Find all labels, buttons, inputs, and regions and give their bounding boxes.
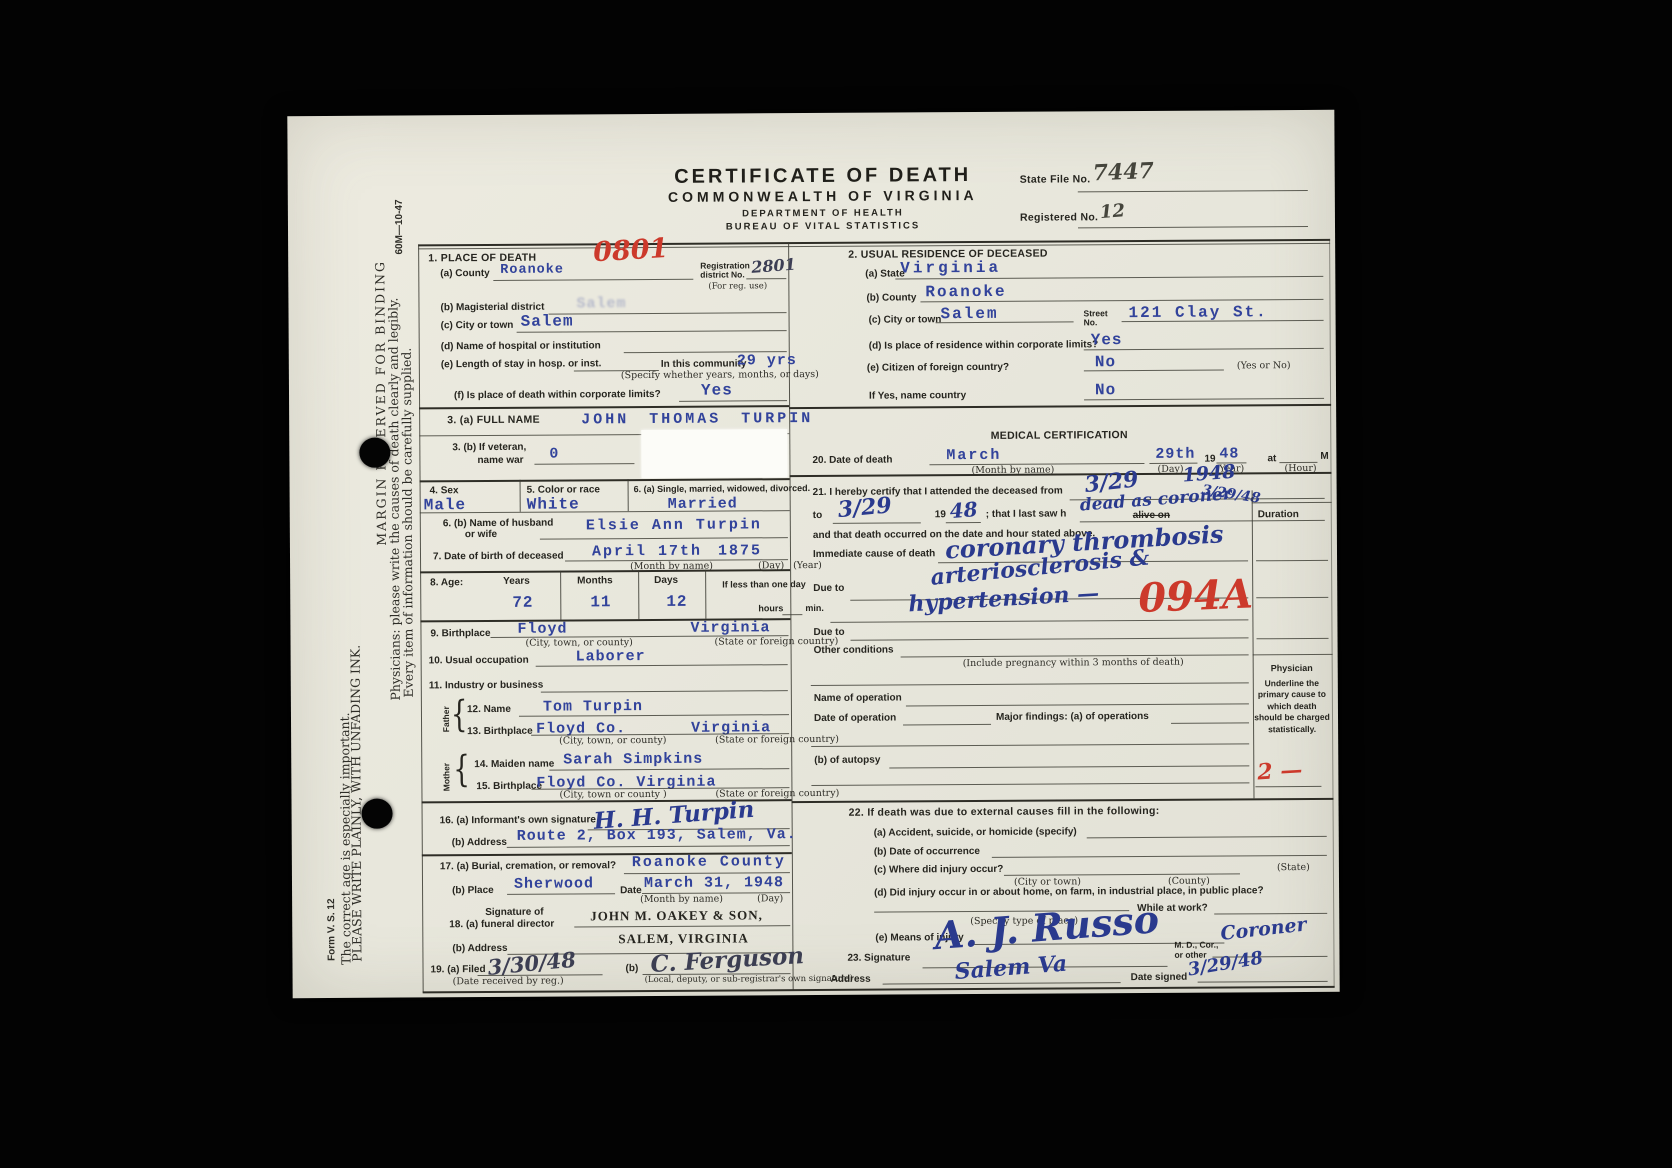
operation-date-label: Date of operation [814,712,896,724]
birthplace-note-city: (City, town, or county) [526,637,633,649]
death-certificate-paper: 60M—10-47 Every item of information shou… [287,110,1339,998]
street-value: 121 Clay St. [1128,303,1267,322]
specify-note: (Specify whether years, months, or days) [621,369,819,381]
burial-date-value: March 31, 1948 [644,874,784,892]
citizen-label: (e) Citizen of foreign country? [867,362,1009,374]
veteran-label-1: 3. (b) If veteran, [452,442,526,453]
burial-note-day: (Day) [757,893,783,904]
residence-corporate-label: (d) Is place of residence within corpora… [869,339,1099,351]
hole-punch-top [359,438,390,468]
residence-city-label: (c) City or town [869,314,942,325]
external-causes-title: 22. If death was due to external causes … [849,805,1160,819]
age-hours-label: hours [758,603,783,613]
funeral-director-label-1: Signature of [485,907,543,918]
physician-address-label: Address [831,974,871,985]
marital-label: 6. (a) Single, married, widowed, divorce… [634,483,811,494]
informant-label: 16. (a) Informant's own signature [440,814,596,826]
alive-on-label: alive on [1133,510,1170,521]
burial-note-month: (Month by name) [640,894,723,906]
veteran-label-2: name war [477,455,523,466]
physician-signature-label: 23. Signature [847,952,910,963]
filed-label: 19. (a) Filed [430,964,485,975]
father-name-value: Tom Turpin [543,698,643,716]
other-conditions-label: Other conditions [814,645,894,656]
registrar-note: (Local, deputy, or sub-registrar's own s… [645,974,854,985]
magisterial-label: (b) Magisterial district [440,302,544,314]
residence-county-value: Roanoke [925,283,1006,301]
citizen-value: No [1095,353,1116,371]
street-label-2: No. [1084,317,1098,327]
last-saw-label: ; that I last saw h [986,508,1067,519]
burial-label: 17. (a) Burial, cremation, or removal? [440,860,616,872]
name-country-value: No [1095,381,1116,399]
due-to-1-label: Due to [813,583,844,594]
birthplace-city: Floyd [517,621,567,638]
informant-address-value: Route 2, Box 193, Salem, Va. [517,826,797,845]
redaction-box [641,429,787,478]
regdist-label-2: district No. [700,269,744,279]
stay-label: (e) Length of stay in hosp. or inst. [441,358,602,370]
color-race-label: 5. Color or race [527,484,600,495]
printing-code: 60M—10-47 [394,199,405,254]
md-label-1: M. D., Cor., [1174,940,1218,950]
occupation-label: 10. Usual occupation [429,655,529,667]
county-label: (a) County [440,268,490,279]
community-label: In this community [661,358,747,370]
age-years-label: Years [503,576,530,587]
residence-corporate-value: Yes [1091,331,1123,349]
burial-date-label: Date [620,885,642,896]
occupation-value: Laborer [576,648,646,665]
funeral-director-stamp: JOHN M. OAKEY & SON, [590,907,763,924]
margin-binding-label: MARGIN RESERVED FOR BINDING [372,260,389,546]
birthplace-label: 9. Birthplace [430,628,490,639]
dob-label: 7. Date of birth of deceased [433,551,564,563]
father-group-label: Father [441,706,451,732]
bureau-line: BUREAU OF VITAL STATISTICS [648,220,998,233]
certificate-title: CERTIFICATE OF DEATH [648,164,998,189]
magisterial-faint-stamp: Salem [576,295,626,312]
form-code: Form V. S. 12 [326,898,337,961]
burial-place-label: (b) Place [452,885,494,896]
spouse-label-2: or wife [465,529,497,540]
informant-address-label: (b) Address [452,837,507,848]
due-to-2-label: Due to [813,627,844,638]
mother-name-value: Sarah Simpkins [563,751,703,769]
dob-month-day: April 17th [592,543,702,561]
commonwealth-subtitle: COMMONWEALTH OF VIRGINIA [648,187,998,205]
date-of-death-label: 20. Date of death [812,455,892,466]
physician-label: Physician [1253,663,1331,673]
occurrence-date-label: (b) Date of occurrence [874,846,980,858]
death-m-label: M [1320,451,1328,462]
city-label: (c) City or town [441,320,514,331]
mother-birthplace-label: 15. Birthplace [476,781,542,792]
burial-place-value: Sherwood [514,875,594,892]
icd-code-red: 094A [1137,570,1253,622]
filed-note: (Date received by reg.) [453,976,564,988]
mother-name-label: 14. Maiden name [474,759,554,770]
age-label: 8. Age: [430,577,463,588]
father-name-label: 12. Name [467,704,511,715]
pregnancy-note: (Include pregnancy within 3 months of de… [963,657,1184,669]
corporate-limits-value: Yes [701,381,733,399]
yes-no-note: (Yes or No) [1237,360,1291,371]
physician-signature: A. J. Russo [933,896,1161,958]
full-name-label: 3. (a) FULL NAME [447,414,540,427]
attended-to-year: 48 [949,497,979,523]
reg-use-note: (For reg. use) [708,281,767,291]
registered-number: 12 [1099,200,1126,223]
death-at-label: at [1267,453,1276,464]
regdist-value: 2801 [751,255,797,277]
state-file-label: State File No. [1020,173,1091,185]
funeral-address-stamp: SALEM, VIRGINIA [618,930,748,947]
county-value: Roanoke [500,263,564,278]
residence-county-label: (b) County [866,292,916,303]
operation-label: Name of operation [814,692,902,704]
date-of-death-day: 29th [1155,446,1195,463]
father-birthplace-label: 13. Birthplace [467,726,533,737]
corporate-limits-label: (f) Is place of death within corporate l… [454,389,661,401]
to-label: to [813,510,823,521]
age-years-value: 72 [512,594,533,612]
autopsy-label: (b) of autopsy [814,755,880,766]
filed-b-label: (b) [625,963,638,974]
accident-label: (a) Accident, suicide, or homicide (spec… [874,826,1077,838]
department-line: DEPARTMENT OF HEALTH [648,207,998,220]
spouse-value: Elsie Ann Turpin [586,516,762,534]
age-less-note: If less than one day [722,579,806,590]
state-file-number: 7447 [1092,158,1154,186]
residence-city-value: Salem [940,305,998,323]
injury-place-label: (d) Did injury occur in or about home, o… [874,885,1264,898]
father-note-city: (City, town, or county) [559,735,666,747]
dob-note-year: (Year) [793,560,822,571]
medical-certification-title: MEDICAL CERTIFICATION [889,428,1229,442]
stat-mark-red: 2 — [1257,757,1303,786]
age-months-value: 11 [590,593,611,611]
date-of-death-month: March [946,447,1001,464]
duration-label: Duration [1258,509,1299,520]
age-days-value: 12 [666,593,687,611]
age-months-label: Months [577,575,613,586]
funeral-director-label-2: 18. (a) funeral director [449,919,554,931]
red-code-stamp: 0801 [592,233,669,268]
injury-where-label: (c) Where did injury occur? [874,864,1004,876]
scanned-document-scene: 60M—10-47 Every item of information shou… [0,0,1672,1168]
community-value: 29 yrs [737,352,797,369]
full-name-value: JOHN THOMAS TURPIN [581,410,813,428]
registered-label: Registered No. [1020,211,1098,223]
injury-note-state: (State) [1277,862,1310,873]
birthplace-state: Virginia [690,619,770,636]
immediate-cause-label: Immediate cause of death [813,548,935,560]
age-days-label: Days [654,575,678,586]
physician-note: Underline the primary cause to which dea… [1254,678,1330,736]
name-country-label: If Yes, name country [869,390,966,402]
burial-value: Roanoke County [632,853,786,871]
city-value: Salem [521,312,574,330]
mother-group-label: Mother [441,763,451,791]
to-19-label: 19 [935,509,946,520]
father-brace: { [451,694,468,736]
dob-year: 1875 [718,542,762,559]
industry-label: 11. Industry or business [429,680,544,692]
mother-note-city: (City, town or county ) [559,789,666,801]
md-designation-hw: Coroner [1219,914,1307,945]
sex-label: 4. Sex [430,485,459,496]
residence-state-value: Virginia [900,259,1001,278]
hole-punch-bottom [361,799,392,829]
margin-note-age: The correct age is especially important. [337,712,354,965]
major-findings-label: Major findings: (a) of operations [996,711,1149,723]
mother-brace: { [453,749,470,791]
veteran-value: 0 [549,446,559,463]
physician-address-value: Salem Va [954,951,1068,985]
hospital-label: (d) Name of hospital or institution [441,340,601,352]
spouse-label-1: 6. (b) Name of husband [443,518,554,530]
funeral-address-label: (b) Address [452,943,507,954]
attended-to: 3/29 [837,492,893,523]
date-signed-label: Date signed [1131,972,1188,983]
age-min-label: min. [805,603,824,613]
father-note-state: (State or foreign country) [715,734,839,746]
